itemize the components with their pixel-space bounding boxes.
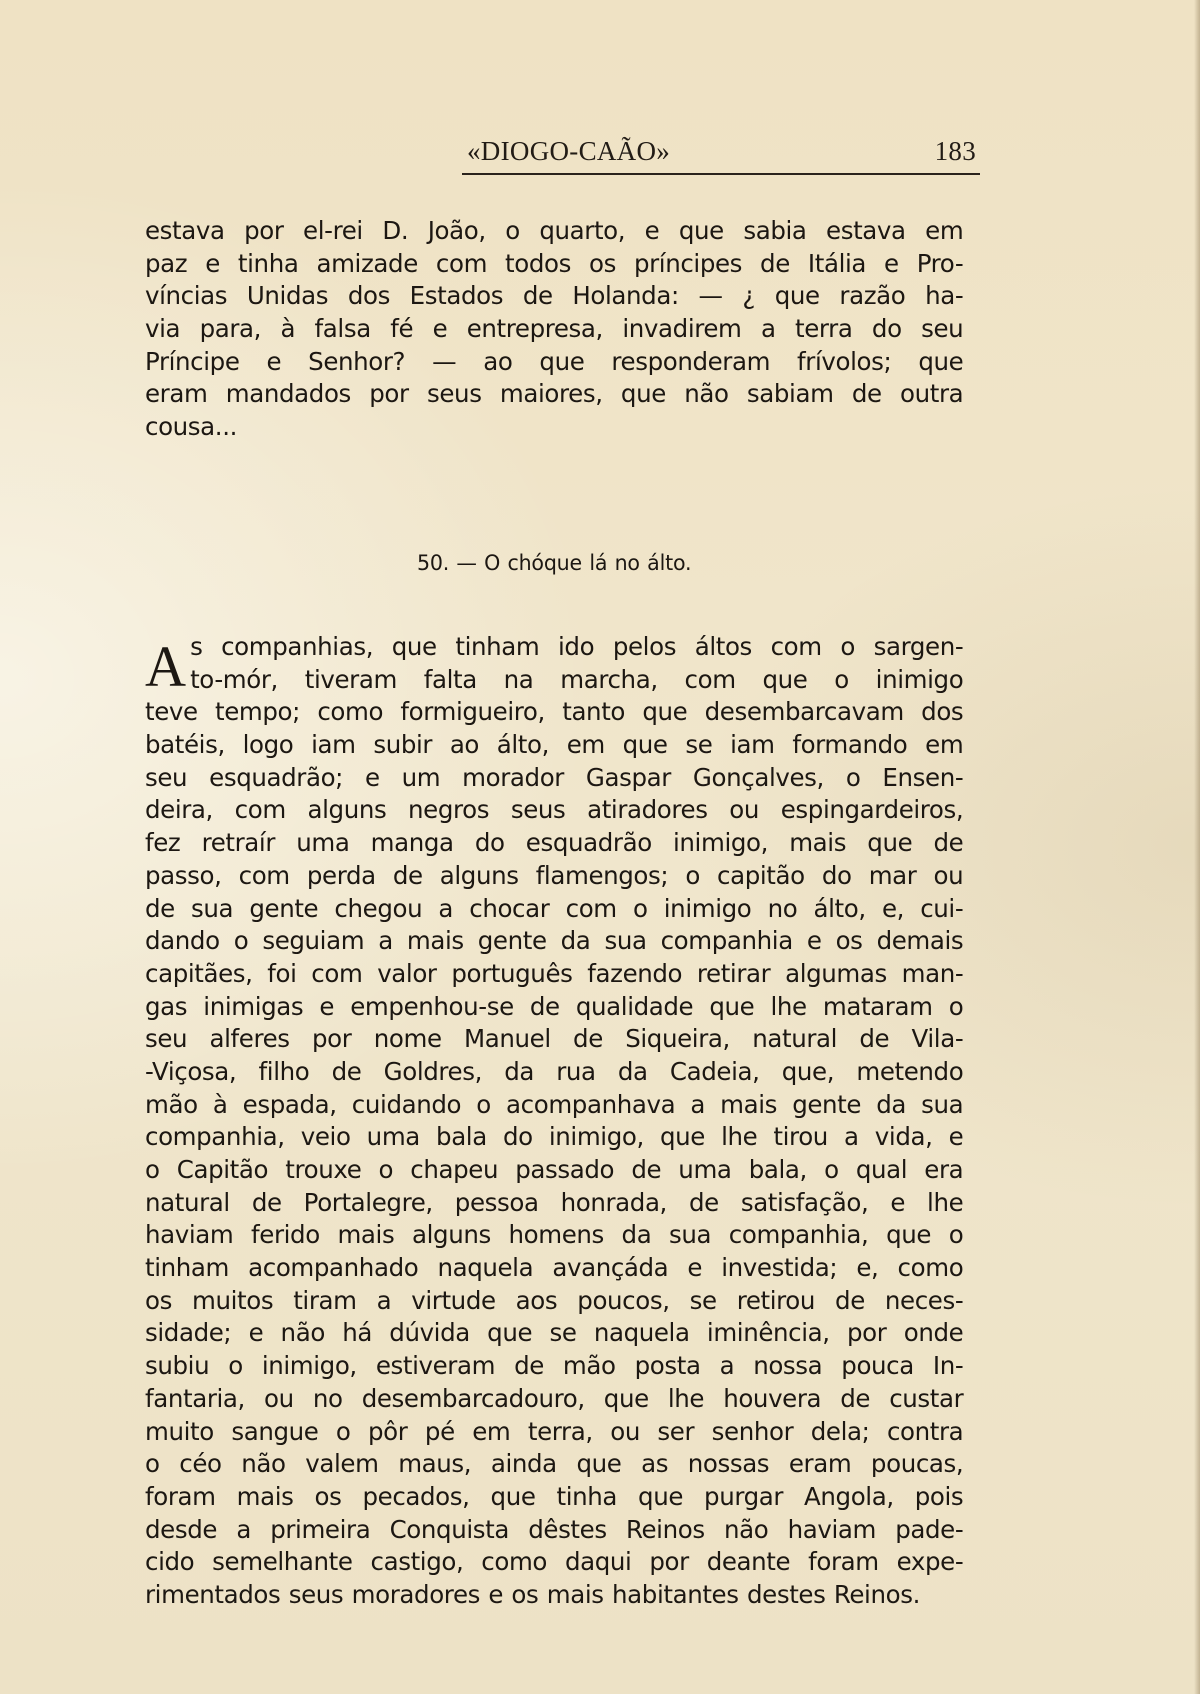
text-line: subiu o inimigo, estiveram de mão posta … — [145, 1350, 963, 1383]
text-line: Príncipe e Senhor? — ao que responderam … — [145, 346, 963, 379]
running-head: «DIOGO-CAÃO» 183 — [462, 130, 980, 174]
text-line: de sua gente chegou a chocar com o inimi… — [145, 893, 963, 926]
text-line: estava por el-rei D. João, o quarto, e q… — [145, 215, 963, 248]
text-line: fantaria, ou no desembarcadouro, que lhe… — [145, 1383, 963, 1416]
section-heading: 50. — O chóque lá no álto. — [145, 551, 963, 575]
text-line: os muitos tiram a virtude aos poucos, se… — [145, 1285, 963, 1318]
text-line: deira, com alguns negros seus atiradores… — [145, 794, 963, 827]
text-line: natural de Portalegre, pessoa honrada, d… — [145, 1187, 963, 1220]
text-line: cousa... — [145, 411, 963, 444]
text-line: víncias Unidas dos Estados de Holanda: —… — [145, 280, 963, 313]
page-number: 183 — [935, 136, 976, 167]
text-line: teve tempo; como formigueiro, tanto que … — [145, 696, 963, 729]
body-text: estava por el-rei D. João, o quarto, e q… — [145, 215, 963, 444]
running-head-title: «DIOGO-CAÃO» — [467, 136, 670, 167]
text-line: passo, com perda de alguns flamengos; o … — [145, 860, 963, 893]
text-line: foram mais os pecados, que tinha que pur… — [145, 1481, 963, 1514]
text-line: o céo não valem maus, ainda que as nossa… — [145, 1448, 963, 1481]
text-line: fez retraír uma manga do esquadrão inimi… — [145, 827, 963, 860]
text-line: paz e tinha amizade com todos os príncip… — [145, 248, 963, 281]
drop-cap: A — [145, 638, 186, 696]
text-line: seu alferes por nome Manuel de Siqueira,… — [145, 1023, 963, 1056]
header-rule — [462, 173, 980, 175]
text-line: haviam ferido mais alguns homens da sua … — [145, 1219, 963, 1252]
text-line: sidade; e não há dúvida que se naquela i… — [145, 1317, 963, 1350]
continued-paragraph: estava por el-rei D. João, o quarto, e q… — [145, 215, 963, 444]
text-line: gas inimigas e empenhou-se de qualidade … — [145, 991, 963, 1024]
text-line: companhia, veio uma bala do inimigo, que… — [145, 1121, 963, 1154]
text-line: s companhias, que tinham ido pelos áltos… — [145, 631, 963, 664]
text-line: tinham acompanhado naquela avançáda e in… — [145, 1252, 963, 1285]
text-line: capitães, foi com valor português fazend… — [145, 958, 963, 991]
page-edge-shadow — [1194, 0, 1200, 1694]
text-line: cido semelhante castigo, como daqui por … — [145, 1546, 963, 1579]
text-line: eram mandados por seus maiores, que não … — [145, 378, 963, 411]
text-line: rimentados seus moradores e os mais habi… — [145, 1579, 963, 1612]
text-line: -Viçosa, filho de Goldres, da rua da Cad… — [145, 1056, 963, 1089]
text-line: dando o seguiam a mais gente da sua comp… — [145, 925, 963, 958]
section-paragraph: A s companhias, que tinham ido pelos ált… — [145, 631, 963, 1612]
text-line: to-mór, tiveram falta na marcha, com que… — [145, 664, 963, 697]
text-line: muito sangue o pôr pé em terra, ou ser s… — [145, 1416, 963, 1449]
text-line: mão à espada, cuidando o acompanhava a m… — [145, 1089, 963, 1122]
text-line: desde a primeira Conquista dêstes Reinos… — [145, 1514, 963, 1547]
text-line: o Capitão trouxe o chapeu passado de uma… — [145, 1154, 963, 1187]
text-line: batéis, logo iam subir ao álto, em que s… — [145, 729, 963, 762]
text-line: via para, à falsa fé e entrepresa, invad… — [145, 313, 963, 346]
text-line: seu esquadrão; e um morador Gaspar Gonça… — [145, 762, 963, 795]
